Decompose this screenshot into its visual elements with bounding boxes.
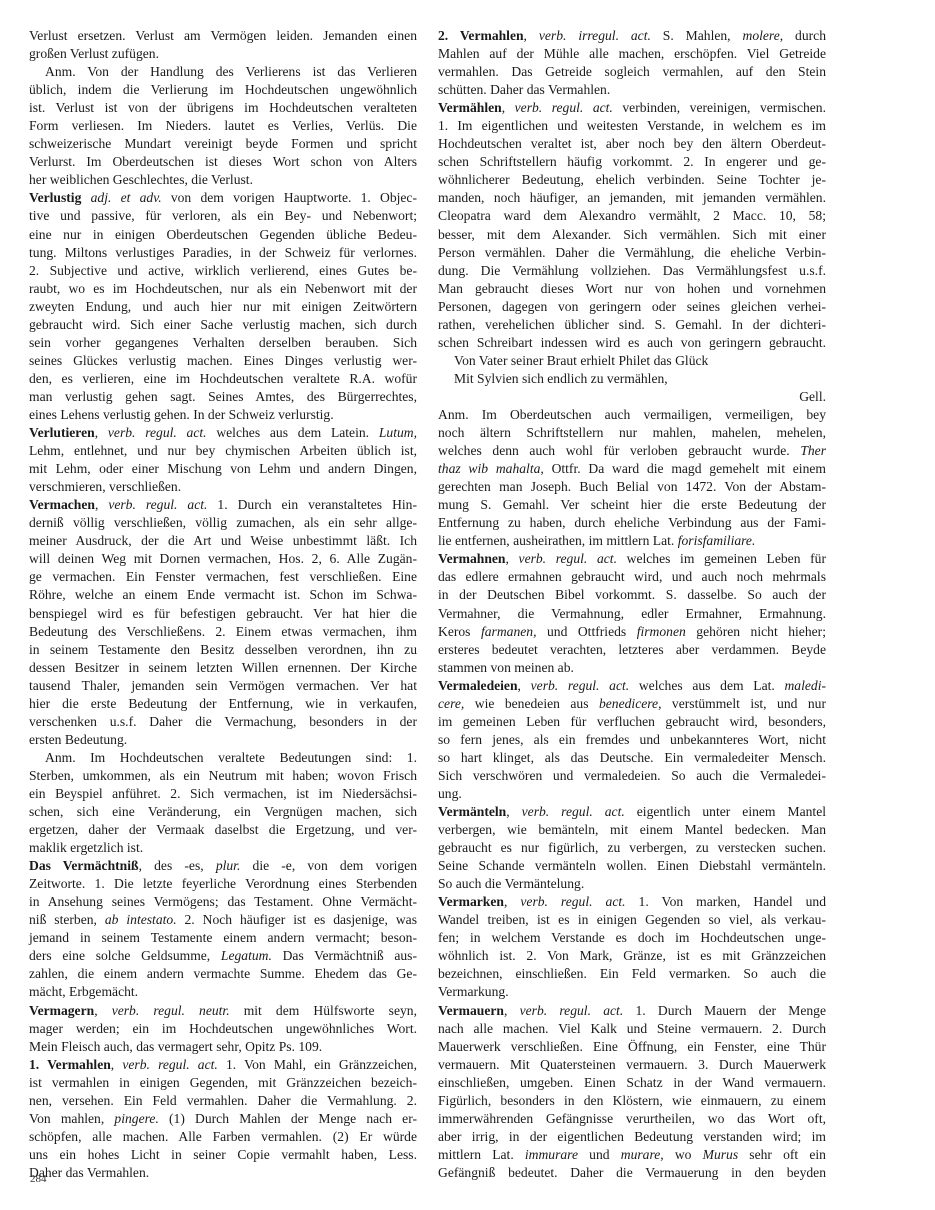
text-line: Personen, dagegen von geringern oder sei… (438, 298, 826, 316)
text-line: schen Schriftstellern häufig vorkommt. 2… (438, 153, 826, 171)
text-line: thaz wib mahalta, Ottfr. Da ward die mag… (438, 460, 826, 478)
text-line: Daher das Vermahlen. (29, 1164, 417, 1182)
text-line: Von Vater seiner Braut erhielt Philet da… (438, 352, 826, 370)
text-line: niß sterben, ab intestato. 2. Noch häufi… (29, 911, 417, 929)
text-line: meiner Ausdruck, der die Art und Weise u… (29, 532, 417, 550)
text-line: uns ein hohes Licht in seiner Copie verm… (29, 1146, 417, 1164)
text-line: jemand in seinem Testamente einem andern… (29, 929, 417, 947)
text-line: eines Lehens verlustig gehen. In der Sch… (29, 406, 417, 424)
grammar-label: verb. regul. act. (122, 1057, 217, 1072)
entry-headword-line: Vermaledeien, verb. regul. act. welches … (438, 677, 826, 695)
text-line: hier die erste Bedeutung der Entfernung,… (29, 695, 417, 713)
text-line: immerwährenden Gefängnisse verurtheilen,… (438, 1110, 826, 1128)
headword: Vermählen (438, 100, 502, 115)
text-line: schöpfen, alle machen. Alle Farben verma… (29, 1128, 417, 1146)
text-line: Zeitworte. 1. Die letzte feyerliche Vero… (29, 875, 417, 893)
grammar-label: verb. regul. act. (520, 894, 625, 909)
text-line: sein vorher gegangenes Verhalten derselb… (29, 334, 417, 352)
headword: Verlutieren (29, 425, 95, 440)
text-line: gebraucht es nur figürlich, zu verbergen… (438, 839, 826, 857)
text-line: in seinem Testamente den Besitz desselbe… (29, 641, 417, 659)
headword: Vermahnen (438, 551, 505, 566)
text-line: dessen Besitzer in seinem letzten Willen… (29, 659, 417, 677)
text-line: dung. Die Vermählung vollziehen. Das Ver… (438, 262, 826, 280)
text-line: mager werden; ein im Hochdeutschen ungew… (29, 1020, 417, 1038)
text-line: tive und passive, für verloren, als ein … (29, 207, 417, 225)
entry-headword-line: Vermauern, verb. regul. act. 1. Durch Ma… (438, 1002, 826, 1020)
text-line: schen, sich eine Veränderung, ein Vergnü… (29, 803, 417, 821)
text-line: Anm. Im Hochdeutschen veraltete Bedeutun… (29, 749, 417, 767)
text-line: in Ansehung seines Vermögens; das Testam… (29, 893, 417, 911)
text-line: besser, mit dem Alexander. Sich vermähle… (438, 226, 826, 244)
text-line: aber irrig, in der eigentlichen Bedeutun… (438, 1128, 826, 1146)
text-line: derniß völlig verschließen, völlig zumac… (29, 514, 417, 532)
entry-headword-line: Vermänteln, verb. regul. act. eigentlich… (438, 803, 826, 821)
text-line: verschenken u.s.f. Daher die Vermachung,… (29, 713, 417, 731)
headword: Vermänteln (438, 804, 506, 819)
text-line: cere, wie benedeien aus benedicere, vers… (438, 695, 826, 713)
headword: Vermagern (29, 1003, 94, 1018)
text-line: Anm. Im Oberdeutschen auch vermailigen, … (438, 406, 826, 424)
text-line: Hochdeutschen veraltet ist, aber noch be… (438, 135, 826, 153)
text-line: Sterben, umkommen, als ein Neutrum mit h… (29, 767, 417, 785)
text-line: ein Beyspiel anführet. 2. Sich vermachen… (29, 785, 417, 803)
text-line: Lehm, entlehnet, und nur bey chymischen … (29, 442, 417, 460)
text-line: 2. Subjective und active, wirklich verli… (29, 262, 417, 280)
headword: Vermachen (29, 497, 95, 512)
grammar-label: verb. regul. act. (531, 678, 630, 693)
text-line: bezeichnen, einschließen. Ein Feld verma… (438, 965, 826, 983)
entry-headword-line: Vermarken, verb. regul. act. 1. Von mark… (438, 893, 826, 911)
text-line: ist. Verlust ist von der übrigens im Hoc… (29, 99, 417, 117)
text-line: tung. Miltons verlustiges Paradies, in d… (29, 244, 417, 262)
text-line: will deinen Weg mit Dornen vermachen, Ho… (29, 550, 417, 568)
grammar-label: verb. regul. act. (108, 497, 207, 512)
text-line: Mit Sylvien sich endlich zu vermählen, (438, 370, 826, 388)
text-line: Anm. Von der Handlung des Verlierens ist… (29, 63, 417, 81)
text-line: ge vermachen. Ein Fenster vermachen, fes… (29, 568, 417, 586)
text-line: Figürlich, besonders in den Klöstern, wi… (438, 1092, 826, 1110)
text-line: zweyten Endung, und auch hier nur mit ei… (29, 298, 417, 316)
entry-headword-line: Vermählen, verb. regul. act. verbinden, … (438, 99, 826, 117)
text-line: verschmieren, verschließen. (29, 478, 417, 496)
right-column: 2. Vermahlen, verb. irregul. act. S. Mah… (438, 27, 826, 1182)
text-line: Von mahlen, pingere. (1) Durch Mahlen de… (29, 1110, 417, 1128)
page-number: 284 (30, 1173, 47, 1185)
text-line: schen Schreibart indessen wird es auch v… (438, 334, 826, 352)
text-line: Vermarkung. (438, 983, 826, 1001)
text-line: So auch die Vermäntelung. (438, 875, 826, 893)
text-line: Entfernung zu haben, durch eheliche Verb… (438, 514, 826, 532)
text-line: Man gebraucht dieses Wort nur von hohen … (438, 280, 826, 298)
text-line: noch ältern Schriftstellern nur mahlen, … (438, 424, 826, 442)
text-line: vermahlen. Das Getreide sogleich vermahl… (438, 63, 826, 81)
text-line: den, es verlieren, eine im Hochdeutschen… (29, 370, 417, 388)
text-line: man verlustig gehen sagt. Seines Amtes, … (29, 388, 417, 406)
text-line: Röhre, welche an einem Ende vermacht ist… (29, 586, 417, 604)
text-line: nen, versehen. Ein Feld vermahlen. Daher… (29, 1092, 417, 1110)
text-line: ung. (438, 785, 826, 803)
text-line: Wandel treiben, ist es in einigen Gegend… (438, 911, 826, 929)
grammar-label: verb. regul. act. (515, 100, 613, 115)
text-line: Mauerwerk verschließen. Eine Öffnung, ei… (438, 1038, 826, 1056)
text-line: Keros farmanen, und Ottfrieds firmonen g… (438, 623, 826, 641)
text-line: Gefängniß bedeutet. Daher die Vermauerun… (438, 1164, 826, 1182)
text-line: welches denn auch wohl für verloben gebr… (438, 442, 826, 460)
text-line: Verlurst. Im Oberdeutschen ist dieses Wo… (29, 153, 417, 171)
text-line: raubt, wo es im Hochdeutschen, nur als e… (29, 280, 417, 298)
text-line: Form verliesen. Im Nieders. lautet es Ve… (29, 117, 417, 135)
headword: Das Vermächtniß (29, 858, 139, 873)
text-line: mächt, Erbgemächt. (29, 983, 417, 1001)
text-line: das edlere ermahnen gebraucht wird, und … (438, 568, 826, 586)
entry-headword-line: 2. Vermahlen, verb. irregul. act. S. Mah… (438, 27, 826, 45)
text-line: tausend Thaler, jemanden sein Vermögen v… (29, 677, 417, 695)
text-line: stammen von meinen ab. (438, 659, 826, 677)
text-line: her weiblichen Geschlechtes, die Verlust… (29, 171, 417, 189)
text-line: großen Verlust zufügen. (29, 45, 417, 63)
text-line: ders eine solche Geldsumme, Legatum. Das… (29, 947, 417, 965)
text-line: manden, noch häufiger, an jemanden, mit … (438, 189, 826, 207)
text-line: mittlern Lat. immurare und murare, wo Mu… (438, 1146, 826, 1164)
grammar-label: verb. regul. act. (522, 804, 625, 819)
text-line: Verlust ersetzen. Verlust am Vermögen le… (29, 27, 417, 45)
text-line: in der Deutschen Bibel vorkommt. S. dass… (438, 586, 826, 604)
text-line: 1. Im eigentlichen und weitesten Verstan… (438, 117, 826, 135)
text-line: ergetzen, daher der Vermaak daselbst die… (29, 821, 417, 839)
text-line: ersteres bedeutet verachten, letzteres a… (438, 641, 826, 659)
text-line: einschließen, umgeben. Einen Schatz in d… (438, 1074, 826, 1092)
entry-headword-line: Verlutieren, verb. regul. act. welches a… (29, 424, 417, 442)
grammar-label: verb. regul. act. (520, 1003, 624, 1018)
text-line: Bedeutung des Verschließens. 2. Einem et… (29, 623, 417, 641)
headword: Vermauern (438, 1003, 504, 1018)
grammar-label: verb. irregul. act. (539, 28, 651, 43)
text-line: üblich, indem die Verlierung im Hochdeut… (29, 81, 417, 99)
headword: Vermaledeien (438, 678, 518, 693)
text-line: mit Lehm, oder einer Mischung von Lehm u… (29, 460, 417, 478)
text-line: gerechten man Joseph. Buch Belial von 14… (438, 478, 826, 496)
text-line: Cleopatra ward dem Alexandro vermählt, 2… (438, 207, 826, 225)
text-line: zahlen, die einem andern vermachte Summe… (29, 965, 417, 983)
headword: Vermarken (438, 894, 504, 909)
entry-headword-line: Vermachen, verb. regul. act. 1. Durch ei… (29, 496, 417, 514)
text-line: im gemeinen Leben für verfluchen gebrauc… (438, 713, 826, 731)
grammar-label: verb. regul. act. (519, 551, 617, 566)
text-line: Mahlen auf der Mühle alle machen, erschö… (438, 45, 826, 63)
text-line: verbergen, wie bemänteln, mit einem Mant… (438, 821, 826, 839)
grammar-label: verb. regul. neutr. (112, 1003, 230, 1018)
text-line: seines Glückes verlustig machen. Eines D… (29, 352, 417, 370)
text-line: Seine Schande vermänteln wollen. Einen D… (438, 857, 826, 875)
headword: 1. Vermahlen (29, 1057, 111, 1072)
grammar-label: verb. regul. act. (108, 425, 207, 440)
text-line: gebraucht wird. Sich einer Sache verlust… (29, 316, 417, 334)
grammar-label: adj. et adv. (91, 190, 162, 205)
text-line: nach alle machen. Viel Kalk und Steine v… (438, 1020, 826, 1038)
entry-headword-line: Das Vermächtniß, des -es, plur. die -e, … (29, 857, 417, 875)
text-line: so fern jenes, als ein fremdes und unbek… (438, 731, 826, 749)
headword: Verlustig (29, 190, 81, 205)
text-line: ist vermahlen in einigen Gegenden, mit G… (29, 1074, 417, 1092)
text-line: schweizerische Mundart vereinigt beyde F… (29, 135, 417, 153)
text-line: wöhnlich ist. 2. Von Mark, Gränze, ist e… (438, 947, 826, 965)
text-line: Vermahner, die Vermahnung, edler Ermahne… (438, 605, 826, 623)
left-column: Verlust ersetzen. Verlust am Vermögen le… (29, 27, 417, 1182)
text-line: maklik ergetzlich ist. (29, 839, 417, 857)
text-line: mung S. Gemahl. Ver scheint hier die ers… (438, 496, 826, 514)
entry-headword-line: Vermahnen, verb. regul. act. welches im … (438, 550, 826, 568)
text-line: Sich verschwören und vermaledeien. So au… (438, 767, 826, 785)
text-line: benspiegel wird es für befestigen gebrau… (29, 605, 417, 623)
headword: 2. Vermahlen (438, 28, 524, 43)
text-line: ersten Bedeutung. (29, 731, 417, 749)
text-line: lie entfernen, ausheirathen, im mittlern… (438, 532, 826, 550)
text-line: fen; in welchem Verstande es doch im Hoc… (438, 929, 826, 947)
text-line: rathen, verehelichen üblicher sind. S. G… (438, 316, 826, 334)
entry-headword-line: 1. Vermahlen, verb. regul. act. 1. Von M… (29, 1056, 417, 1074)
text-line: wöhnlicherer Bedeutung, ehelich verbinde… (438, 171, 826, 189)
text-line: Mein Fleisch auch, das vermagert sehr, O… (29, 1038, 417, 1056)
text-line: Person vermählen. Daher die Vermählung, … (438, 244, 826, 262)
text-line: Gell. (438, 388, 826, 406)
entry-headword-line: Verlustig adj. et adv. von dem vorigen H… (29, 189, 417, 207)
text-line: so hart klinget, als das Deutsche. Ein v… (438, 749, 826, 767)
entry-headword-line: Vermagern, verb. regul. neutr. mit dem H… (29, 1002, 417, 1020)
text-line: schütten. Daher das Vermahlen. (438, 81, 826, 99)
text-line: eine nur in einigen Oberdeutschen Gegend… (29, 226, 417, 244)
text-line: vermauern. Mit Quatersteinen vermauern. … (438, 1056, 826, 1074)
